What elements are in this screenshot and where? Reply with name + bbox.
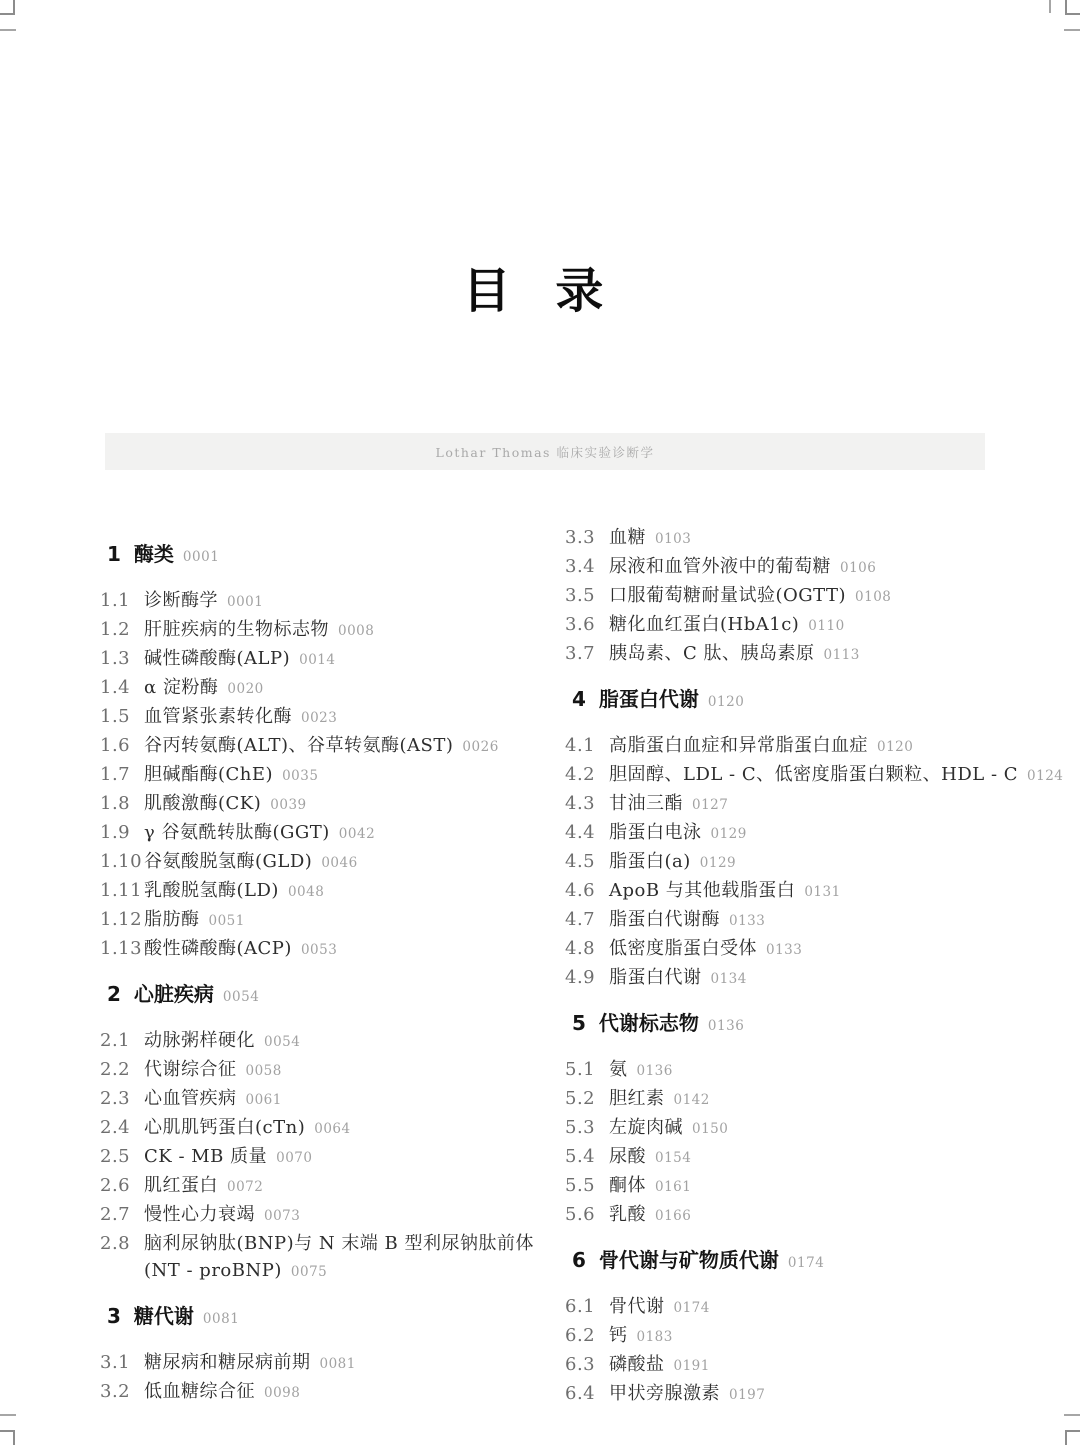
item-text: 尿液和血管外液中的葡萄糖0106	[609, 553, 876, 582]
item-number: 1.7	[100, 761, 144, 790]
item-label: 谷丙转氨酶(ALT)、谷草转氨酶(AST)	[144, 735, 453, 756]
item-label: 钙	[609, 1325, 628, 1346]
toc-chapter-heading: 5代谢标志物0136	[572, 1008, 1050, 1041]
crop-mark-top-right-offset	[1064, 29, 1080, 31]
item-text: 脂蛋白代谢酶0133	[609, 906, 765, 935]
toc-item: 1.2肝脏疾病的生物标志物0008	[100, 616, 565, 645]
item-number: 4.9	[565, 964, 609, 993]
item-text: 代谢综合征0058	[144, 1056, 282, 1085]
item-number: 2.5	[100, 1143, 144, 1172]
chapter-number: 4	[572, 687, 586, 711]
item-number: 1.12	[100, 906, 144, 935]
item-label: 乳酸脱氢酶(LD)	[144, 880, 279, 901]
item-page-number: 0035	[282, 768, 318, 784]
item-number: 5.3	[565, 1114, 609, 1143]
toc-item: 5.5酮体0161	[565, 1172, 1050, 1201]
item-page-number: 0174	[674, 1300, 710, 1316]
item-page-number: 0136	[637, 1063, 673, 1079]
item-number: 2.1	[100, 1027, 144, 1056]
toc-item: 2.1动脉粥样硬化0054	[100, 1027, 565, 1056]
item-number: 1.2	[100, 616, 144, 645]
item-number: 5.2	[565, 1085, 609, 1114]
chapter-page-number: 0174	[788, 1255, 824, 1271]
item-number: 3.7	[565, 640, 609, 669]
item-label: 脂肪酶	[144, 909, 200, 930]
item-number: 1.3	[100, 645, 144, 674]
item-page-number: 0020	[227, 681, 263, 697]
item-number: 2.4	[100, 1114, 144, 1143]
item-text: 血糖0103	[609, 524, 691, 553]
item-text: 糖化血红蛋白(HbA1c)0110	[609, 611, 845, 640]
item-page-number: 0053	[301, 942, 337, 958]
item-page-number: 0133	[729, 913, 765, 929]
item-number: 2.3	[100, 1085, 144, 1114]
item-page-number: 0166	[655, 1208, 691, 1224]
item-number: 1.4	[100, 674, 144, 703]
item-page-number: 0042	[339, 826, 375, 842]
item-page-number: 0014	[299, 652, 335, 668]
item-label-continuation: (NT - proBNP)0075	[144, 1257, 534, 1286]
item-page-number: 0191	[674, 1358, 710, 1374]
item-number: 5.5	[565, 1172, 609, 1201]
toc-item: 4.1高脂蛋白血症和异常脂蛋白血症0120	[565, 732, 1050, 761]
item-label: 谷氨酸脱氢酶(GLD)	[144, 851, 312, 872]
item-label: 酮体	[609, 1175, 646, 1196]
item-page-number: 0142	[674, 1092, 710, 1108]
item-text: 诊断酶学0001	[144, 587, 263, 616]
item-label: 左旋肉碱	[609, 1117, 683, 1138]
item-number: 1.10	[100, 848, 144, 877]
toc-item: 5.3左旋肉碱0150	[565, 1114, 1050, 1143]
item-number: 3.6	[565, 611, 609, 640]
item-text: 慢性心力衰竭0073	[144, 1201, 300, 1230]
item-page-number: 0098	[264, 1385, 300, 1401]
item-number: 4.7	[565, 906, 609, 935]
toc-chapter-heading: 1酶类0001	[107, 539, 565, 572]
item-number: 4.1	[565, 732, 609, 761]
toc-item: 2.2代谢综合征0058	[100, 1056, 565, 1085]
item-text: 乳酸0166	[609, 1201, 691, 1230]
chapter-title: 糖代谢	[134, 1304, 194, 1328]
item-page-number: 0081	[320, 1356, 356, 1372]
toc-item: 3.5口服葡萄糖耐量试验(OGTT)0108	[565, 582, 1050, 611]
item-number: 5.4	[565, 1143, 609, 1172]
item-label: 甘油三酯	[609, 793, 683, 814]
item-label: 甲状旁腺激素	[609, 1383, 720, 1404]
item-label: 碱性磷酸酶(ALP)	[144, 648, 290, 669]
chapter-page-number: 0054	[223, 989, 259, 1005]
item-text: ApoB 与其他载脂蛋白0131	[609, 877, 841, 906]
item-label: 肝脏疾病的生物标志物	[144, 619, 329, 640]
chapter-page-number: 0081	[203, 1311, 239, 1327]
item-page-number: 0048	[288, 884, 324, 900]
toc-item: 1.10谷氨酸脱氢酶(GLD)0046	[100, 848, 565, 877]
item-text: 脂蛋白电泳0129	[609, 819, 747, 848]
toc-item: 2.3心血管疾病0061	[100, 1085, 565, 1114]
item-number: 3.1	[100, 1349, 144, 1378]
running-head-text: Lothar Thomas 临床实验诊断学	[436, 443, 655, 461]
toc-item: 6.4甲状旁腺激素0197	[565, 1380, 1050, 1409]
item-page-number: 0197	[729, 1387, 765, 1403]
item-label: 心肌肌钙蛋白(cTn)	[144, 1117, 305, 1138]
item-page-number: 0039	[270, 797, 306, 813]
item-number: 4.3	[565, 790, 609, 819]
item-number: 4.4	[565, 819, 609, 848]
item-label: 脂蛋白代谢酶	[609, 909, 720, 930]
item-number: 1.11	[100, 877, 144, 906]
item-label: 脂蛋白电泳	[609, 822, 702, 843]
table-of-contents: 1酶类00011.1诊断酶学00011.2肝脏疾病的生物标志物00081.3碱性…	[100, 524, 1050, 1409]
item-page-number: 0131	[804, 884, 840, 900]
toc-column-left: 1酶类00011.1诊断酶学00011.2肝脏疾病的生物标志物00081.3碱性…	[100, 524, 565, 1407]
item-label: 乳酸	[609, 1204, 646, 1225]
item-label: 氨	[609, 1059, 628, 1080]
toc-item: 4.4脂蛋白电泳0129	[565, 819, 1050, 848]
item-page-number: 0133	[766, 942, 802, 958]
item-text: 氨0136	[609, 1056, 673, 1085]
item-page-number: 0075	[291, 1264, 327, 1280]
toc-item: 1.5血管紧张素转化酶0023	[100, 703, 565, 732]
item-label: 糖化血红蛋白(HbA1c)	[609, 614, 799, 635]
toc-item: 1.9γ 谷氨酰转肽酶(GGT)0042	[100, 819, 565, 848]
item-number: 6.2	[565, 1322, 609, 1351]
toc-chapter-heading: 3糖代谢0081	[107, 1301, 565, 1334]
item-label: 高脂蛋白血症和异常脂蛋白血症	[609, 735, 868, 756]
item-text: 钙0183	[609, 1322, 673, 1351]
toc-chapter-heading: 6骨代谢与矿物质代谢0174	[572, 1245, 1050, 1278]
toc-item: 1.8肌酸激酶(CK)0039	[100, 790, 565, 819]
crop-mark-bottom-right-horizontal	[1065, 1430, 1080, 1432]
toc-item: 4.7脂蛋白代谢酶0133	[565, 906, 1050, 935]
chapter-title: 代谢标志物	[599, 1011, 699, 1035]
item-label: 尿酸	[609, 1146, 646, 1167]
item-label: 胆碱酯酶(ChE)	[144, 764, 273, 785]
toc-item: 3.3血糖0103	[565, 524, 1050, 553]
toc-item: 5.2胆红素0142	[565, 1085, 1050, 1114]
toc-item: 4.8低密度脂蛋白受体0133	[565, 935, 1050, 964]
item-number: 6.3	[565, 1351, 609, 1380]
crop-mark-top-right-inner-vertical	[1049, 0, 1051, 13]
item-text: CK - MB 质量0070	[144, 1143, 312, 1172]
item-label: 慢性心力衰竭	[144, 1204, 255, 1225]
chapter-title: 心脏疾病	[134, 982, 214, 1006]
item-text: 低密度脂蛋白受体0133	[609, 935, 802, 964]
item-label: 脂蛋白代谢	[609, 967, 702, 988]
crop-mark-bottom-left-vertical	[13, 1430, 15, 1445]
item-page-number: 0061	[246, 1092, 282, 1108]
item-text: 甘油三酯0127	[609, 790, 728, 819]
item-label: 磷酸盐	[609, 1354, 665, 1375]
crop-mark-top-left-horizontal	[0, 13, 15, 15]
item-label: ApoB 与其他载脂蛋白	[609, 880, 795, 901]
chapter-page-number: 0001	[183, 549, 219, 565]
chapter-number: 6	[572, 1248, 586, 1272]
toc-item: 2.7慢性心力衰竭0073	[100, 1201, 565, 1230]
item-page-number: 0124	[1027, 768, 1063, 784]
toc-item: 1.7胆碱酯酶(ChE)0035	[100, 761, 565, 790]
item-text: 动脉粥样硬化0054	[144, 1027, 300, 1056]
item-page-number: 0161	[655, 1179, 691, 1195]
item-page-number: 0023	[301, 710, 337, 726]
toc-item: 4.3甘油三酯0127	[565, 790, 1050, 819]
item-text: 脂蛋白(a)0129	[609, 848, 736, 877]
item-text: 肌酸激酶(CK)0039	[144, 790, 307, 819]
item-text: 胰岛素、C 肽、胰岛素原0113	[609, 640, 860, 669]
toc-item: 1.3碱性磷酸酶(ALP)0014	[100, 645, 565, 674]
item-text: 甲状旁腺激素0197	[609, 1380, 765, 1409]
chapter-number: 1	[107, 542, 121, 566]
item-label: 肌红蛋白	[144, 1175, 218, 1196]
item-text: 脂肪酶0051	[144, 906, 245, 935]
toc-item: 2.4心肌肌钙蛋白(cTn)0064	[100, 1114, 565, 1143]
item-text: 血管紧张素转化酶0023	[144, 703, 337, 732]
item-number: 3.4	[565, 553, 609, 582]
toc-item: 3.7胰岛素、C 肽、胰岛素原0113	[565, 640, 1050, 669]
toc-item: 4.6ApoB 与其他载脂蛋白0131	[565, 877, 1050, 906]
chapter-title: 脂蛋白代谢	[599, 687, 699, 711]
item-number: 2.7	[100, 1201, 144, 1230]
chapter-number: 5	[572, 1011, 586, 1035]
item-text: 脂蛋白代谢0134	[609, 964, 747, 993]
item-text: 胆固醇、LDL - C、低密度脂蛋白颗粒、HDL - C0124	[609, 761, 1063, 790]
toc-item: 3.1糖尿病和糖尿病前期0081	[100, 1349, 565, 1378]
item-number: 1.6	[100, 732, 144, 761]
item-number: 6.4	[565, 1380, 609, 1409]
item-text: 乳酸脱氢酶(LD)0048	[144, 877, 324, 906]
toc-item: 2.6肌红蛋白0072	[100, 1172, 565, 1201]
item-text: 高脂蛋白血症和异常脂蛋白血症0120	[609, 732, 913, 761]
toc-item: 2.5CK - MB 质量0070	[100, 1143, 565, 1172]
item-page-number: 0008	[338, 623, 374, 639]
chapter-number: 3	[107, 1304, 121, 1328]
running-head-bar: Lothar Thomas 临床实验诊断学	[105, 433, 985, 470]
item-text: 酮体0161	[609, 1172, 691, 1201]
item-label: γ 谷氨酰转肽酶(GGT)	[144, 822, 330, 843]
chapter-title: 骨代谢与矿物质代谢	[599, 1248, 779, 1272]
chapter-number: 2	[107, 982, 121, 1006]
item-text: 心肌肌钙蛋白(cTn)0064	[144, 1114, 351, 1143]
item-page-number: 0150	[692, 1121, 728, 1137]
toc-item: 4.5脂蛋白(a)0129	[565, 848, 1050, 877]
toc-item: 1.1诊断酶学0001	[100, 587, 565, 616]
crop-mark-bottom-right-offset	[1064, 1414, 1080, 1416]
item-label: 血糖	[609, 527, 646, 548]
item-page-number: 0046	[321, 855, 357, 871]
item-number: 2.8	[100, 1230, 144, 1286]
toc-chapter-heading: 4脂蛋白代谢0120	[572, 684, 1050, 717]
item-label: 心血管疾病	[144, 1088, 237, 1109]
item-page-number: 0127	[692, 797, 728, 813]
item-label: 糖尿病和糖尿病前期	[144, 1352, 311, 1373]
item-text: 胆红素0142	[609, 1085, 710, 1114]
item-number: 1.13	[100, 935, 144, 964]
item-label: 口服葡萄糖耐量试验(OGTT)	[609, 585, 846, 606]
item-number: 5.1	[565, 1056, 609, 1085]
item-number: 1.9	[100, 819, 144, 848]
toc-item: 5.1氨0136	[565, 1056, 1050, 1085]
item-number: 1.5	[100, 703, 144, 732]
item-label: 骨代谢	[609, 1296, 665, 1317]
item-number: 4.8	[565, 935, 609, 964]
item-page-number: 0113	[824, 647, 860, 663]
item-page-number: 0073	[264, 1208, 300, 1224]
item-number: 3.3	[565, 524, 609, 553]
item-text: 骨代谢0174	[609, 1293, 710, 1322]
item-label: 脂蛋白(a)	[609, 851, 691, 872]
item-text: 左旋肉碱0150	[609, 1114, 728, 1143]
item-text: 肌红蛋白0072	[144, 1172, 263, 1201]
item-page-number: 0058	[246, 1063, 282, 1079]
item-text: 心血管疾病0061	[144, 1085, 282, 1114]
toc-item: 4.2胆固醇、LDL - C、低密度脂蛋白颗粒、HDL - C0124	[565, 761, 1050, 790]
item-page-number: 0026	[462, 739, 498, 755]
crop-mark-bottom-right-vertical	[1065, 1430, 1067, 1445]
item-label: 动脉粥样硬化	[144, 1030, 255, 1051]
toc-item: 2.8脑利尿钠肽(BNP)与 N 末端 B 型利尿钠肽前体(NT - proBN…	[100, 1230, 565, 1286]
item-page-number: 0070	[276, 1150, 312, 1166]
item-label: α 淀粉酶	[144, 677, 218, 698]
chapter-title: 酶类	[134, 542, 174, 566]
toc-item: 3.4尿液和血管外液中的葡萄糖0106	[565, 553, 1050, 582]
item-text: 低血糖综合征0098	[144, 1378, 300, 1407]
page-title: 目 录	[0, 252, 1080, 321]
item-label: 胆红素	[609, 1088, 665, 1109]
item-page-number: 0054	[264, 1034, 300, 1050]
item-text: α 淀粉酶0020	[144, 674, 264, 703]
item-page-number: 0110	[808, 618, 844, 634]
item-label: 诊断酶学	[144, 590, 218, 611]
item-page-number: 0129	[700, 855, 736, 871]
item-number: 5.6	[565, 1201, 609, 1230]
item-page-number: 0103	[655, 531, 691, 547]
item-label: 胆固醇、LDL - C、低密度脂蛋白颗粒、HDL - C	[609, 764, 1018, 785]
crop-mark-top-left-offset	[0, 29, 16, 31]
item-page-number: 0106	[840, 560, 876, 576]
item-number: 1.1	[100, 587, 144, 616]
item-page-number: 0072	[227, 1179, 263, 1195]
toc-item: 6.3磷酸盐0191	[565, 1351, 1050, 1380]
item-number: 4.2	[565, 761, 609, 790]
item-label: CK - MB 质量	[144, 1146, 267, 1167]
item-label: 低密度脂蛋白受体	[609, 938, 757, 959]
toc-item: 6.2钙0183	[565, 1322, 1050, 1351]
item-text: 谷氨酸脱氢酶(GLD)0046	[144, 848, 358, 877]
item-page-number: 0154	[655, 1150, 691, 1166]
item-page-number: 0001	[227, 594, 263, 610]
item-number: 1.8	[100, 790, 144, 819]
item-number: 6.1	[565, 1293, 609, 1322]
crop-mark-bottom-left-offset	[0, 1414, 16, 1416]
item-label: 低血糖综合征	[144, 1381, 255, 1402]
crop-mark-bottom-left-horizontal	[0, 1430, 15, 1432]
item-page-number: 0051	[209, 913, 245, 929]
item-text: 磷酸盐0191	[609, 1351, 710, 1380]
item-text: 肝脏疾病的生物标志物0008	[144, 616, 374, 645]
chapter-page-number: 0136	[708, 1018, 744, 1034]
toc-item: 1.12脂肪酶0051	[100, 906, 565, 935]
item-number: 3.5	[565, 582, 609, 611]
item-label: 脑利尿钠肽(BNP)与 N 末端 B 型利尿钠肽前体	[144, 1233, 534, 1254]
toc-item: 6.1骨代谢0174	[565, 1293, 1050, 1322]
item-text: 糖尿病和糖尿病前期0081	[144, 1349, 356, 1378]
item-label: 尿液和血管外液中的葡萄糖	[609, 556, 831, 577]
toc-item: 1.6谷丙转氨酶(ALT)、谷草转氨酶(AST)0026	[100, 732, 565, 761]
item-label: 血管紧张素转化酶	[144, 706, 292, 727]
toc-item: 5.4尿酸0154	[565, 1143, 1050, 1172]
toc-item: 1.11乳酸脱氢酶(LD)0048	[100, 877, 565, 906]
item-text: 口服葡萄糖耐量试验(OGTT)0108	[609, 582, 891, 611]
toc-item: 1.13酸性磷酸酶(ACP)0053	[100, 935, 565, 964]
item-page-number: 0120	[877, 739, 913, 755]
item-page-number: 0108	[855, 589, 891, 605]
item-text: 尿酸0154	[609, 1143, 691, 1172]
item-label: 酸性磷酸酶(ACP)	[144, 938, 292, 959]
item-text: γ 谷氨酰转肽酶(GGT)0042	[144, 819, 375, 848]
toc-item: 3.2低血糖综合征0098	[100, 1378, 565, 1407]
toc-chapter-heading: 2心脏疾病0054	[107, 979, 565, 1012]
item-number: 3.2	[100, 1378, 144, 1407]
item-text: 谷丙转氨酶(ALT)、谷草转氨酶(AST)0026	[144, 732, 499, 761]
item-page-number: 0129	[711, 826, 747, 842]
item-page-number: 0183	[637, 1329, 673, 1345]
toc-item: 3.6糖化血红蛋白(HbA1c)0110	[565, 611, 1050, 640]
item-number: 4.5	[565, 848, 609, 877]
item-label: 肌酸激酶(CK)	[144, 793, 261, 814]
toc-column-right: 3.3血糖01033.4尿液和血管外液中的葡萄糖01063.5口服葡萄糖耐量试验…	[565, 524, 1050, 1409]
chapter-page-number: 0120	[708, 694, 744, 710]
item-number: 2.6	[100, 1172, 144, 1201]
item-text: 胆碱酯酶(ChE)0035	[144, 761, 318, 790]
item-label: 代谢综合征	[144, 1059, 237, 1080]
crop-mark-top-right-horizontal	[1065, 13, 1080, 15]
item-page-number: 0134	[711, 971, 747, 987]
item-number: 2.2	[100, 1056, 144, 1085]
item-label: 胰岛素、C 肽、胰岛素原	[609, 643, 815, 664]
item-number: 4.6	[565, 877, 609, 906]
item-text: 酸性磷酸酶(ACP)0053	[144, 935, 337, 964]
item-text: 脑利尿钠肽(BNP)与 N 末端 B 型利尿钠肽前体(NT - proBNP)0…	[144, 1230, 534, 1286]
toc-item: 5.6乳酸0166	[565, 1201, 1050, 1230]
item-text: 碱性磷酸酶(ALP)0014	[144, 645, 335, 674]
toc-item: 4.9脂蛋白代谢0134	[565, 964, 1050, 993]
item-page-number: 0064	[314, 1121, 350, 1137]
toc-item: 1.4α 淀粉酶0020	[100, 674, 565, 703]
